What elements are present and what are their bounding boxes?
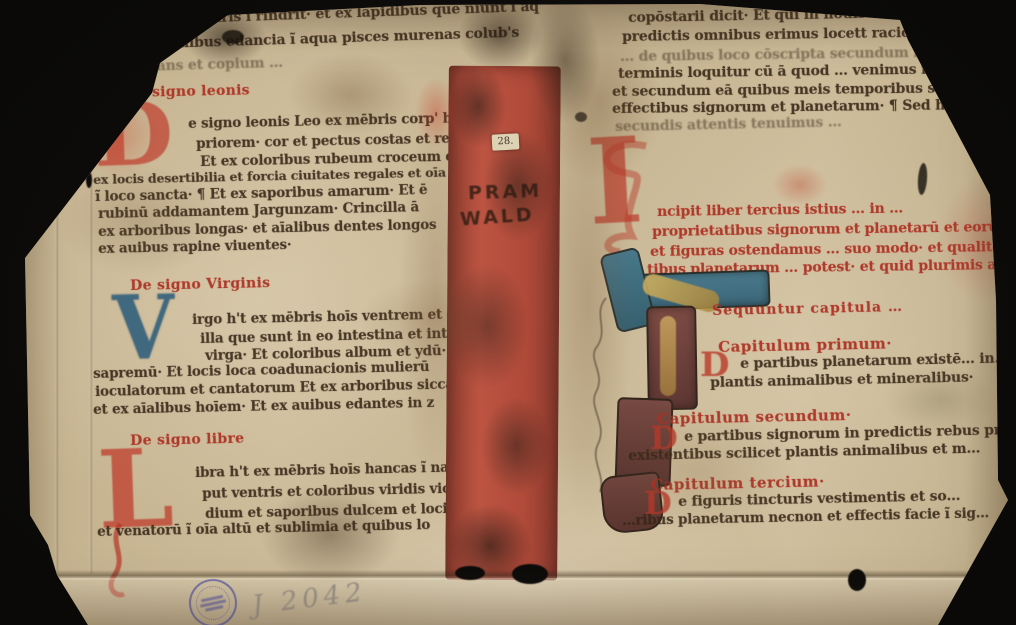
fold-crease: [55, 100, 58, 572]
chapter-list-heading: Sequuntur capitula …: [712, 299, 903, 319]
fold-crease: [89, 96, 92, 574]
text-line: ibra h't ex mēbris hoīs hancas ĩ nates: [195, 459, 471, 481]
dark-mark: [917, 163, 928, 196]
initial-margin-squiggle: [586, 296, 616, 496]
dark-speck: [575, 112, 587, 122]
rubric-de-signo-leonis: De signo leonis: [125, 82, 250, 101]
initial-v-virginis: V: [112, 292, 175, 364]
lacing-slit: [12, 174, 18, 190]
chapter-line: …ribus planetarum necnon et effectis fac…: [622, 505, 989, 529]
parchment-hole: [44, 164, 63, 205]
chapter-line: plantis animalibus et mineralibus·: [710, 369, 973, 391]
text-line: ex auibus rapine viuentes·: [98, 237, 292, 257]
text-line: secundis attentis tenuimus …: [615, 114, 842, 135]
text-line: et secundum eā quibus meis temporibus su…: [612, 80, 1016, 100]
ink-blot: [222, 30, 244, 44]
initial-l-libre: L: [96, 445, 175, 534]
dark-speck: [920, 50, 930, 62]
text-line: copōstarii dicit· Et qui in nouīs …: [628, 6, 884, 26]
incipit-line: ncipit liber tercius istius … in …: [657, 201, 903, 220]
text-line: put ventris et coloribus viridis violace…: [202, 480, 486, 502]
crease-hole: [848, 569, 866, 591]
text-line: irgo h't ex mēbris hoīs ventrem et oīa: [192, 306, 469, 328]
initial-d-leonis: D: [92, 97, 175, 170]
incipit-line: proprietatibus signorum et planetarū et …: [652, 219, 1016, 240]
manuscript-photo: …que lectus maris ĩ rindrit· et ex lapid…: [0, 0, 1016, 625]
text-line: et ex animalibus edancia ĩ aqua pisces m…: [95, 25, 519, 54]
spine-stencil-text: PRAM: [468, 180, 543, 205]
initial-gold-filigree: [660, 316, 676, 396]
crease-hole: [512, 564, 548, 584]
chapter-heading: Capitulum secundum·: [657, 406, 852, 428]
lacing-slit: [86, 172, 92, 188]
parchment-bifolium: …que lectus maris ĩ rindrit· et ex lapid…: [0, 0, 1016, 625]
spine-paper-label: 28.: [492, 133, 520, 150]
chapter-line: existentibus scilicet plantis animalibus…: [628, 441, 980, 464]
crease-hole: [455, 566, 485, 580]
text-line: l… viridans et copium …: [98, 55, 283, 76]
text-line: e signo leonis Leo ex mēbris corp' h't: [188, 110, 462, 132]
text-line: predictis omnibus erimus locett racionib…: [622, 24, 1000, 45]
